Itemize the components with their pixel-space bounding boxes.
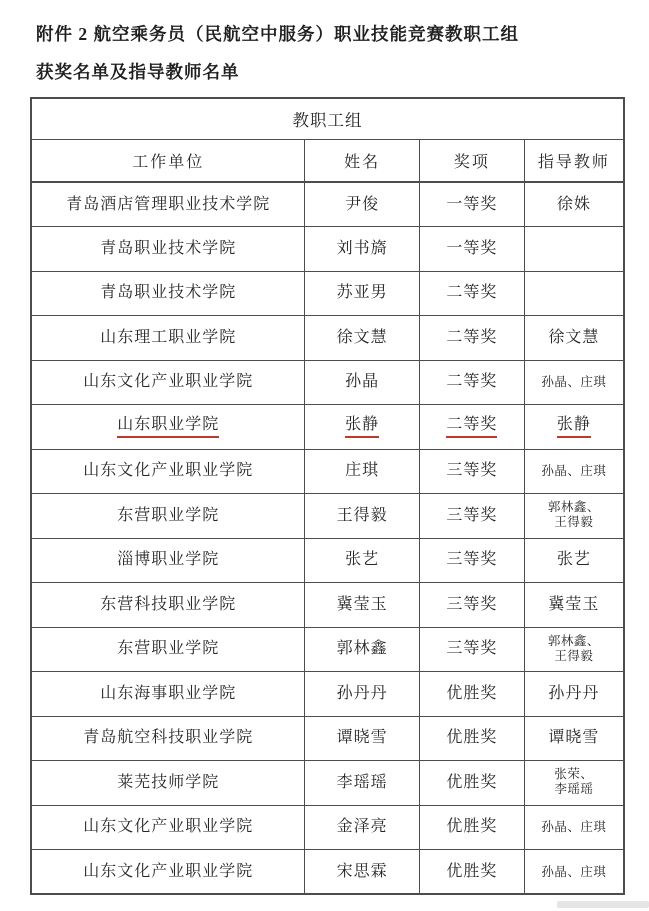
instructor-text: 张艺 bbox=[557, 550, 591, 570]
name-cell: 冀莹玉 bbox=[305, 583, 419, 628]
award-text: 优胜奖 bbox=[446, 817, 497, 837]
instructor-text: 郭林鑫、 王得毅 bbox=[548, 634, 600, 664]
name-text: 李瑶瑶 bbox=[337, 773, 388, 793]
name-text: 刘书旖 bbox=[337, 239, 388, 259]
table-row: 东营职业学院 王得毅 三等奖 郭林鑫、 王得毅 bbox=[31, 494, 624, 539]
name-text: 尹俊 bbox=[345, 195, 379, 215]
table-body: 教职工组 工作单位 姓名 奖项 指导教师 青岛酒店管理职业技术学院 尹俊 一等奖… bbox=[31, 98, 624, 894]
unit-text: 淄博职业学院 bbox=[117, 550, 219, 570]
instructor-text: 冀莹玉 bbox=[548, 595, 599, 615]
unit-cell: 青岛职业技术学院 bbox=[31, 271, 305, 316]
unit-cell: 山东文化产业职业学院 bbox=[31, 850, 305, 895]
col-header-instructor: 指导教师 bbox=[524, 139, 624, 182]
unit-cell: 莱芜技师学院 bbox=[31, 761, 305, 806]
unit-cell: 东营科技职业学院 bbox=[31, 583, 305, 628]
award-text: 二等奖 bbox=[446, 328, 497, 348]
table-row: 青岛酒店管理职业技术学院 尹俊 一等奖 徐姝 bbox=[31, 182, 624, 227]
unit-cell: 青岛酒店管理职业技术学院 bbox=[31, 182, 305, 227]
name-cell: 金泽亮 bbox=[305, 805, 419, 850]
award-text: 三等奖 bbox=[446, 595, 497, 615]
award-cell: 二等奖 bbox=[419, 360, 524, 405]
column-header-row: 工作单位 姓名 奖项 指导教师 bbox=[31, 139, 624, 182]
award-cell: 三等奖 bbox=[419, 538, 524, 583]
col-header-name: 姓名 bbox=[305, 139, 419, 182]
award-text: 优胜奖 bbox=[446, 684, 497, 704]
name-cell: 徐文慧 bbox=[305, 316, 419, 361]
instructor-cell bbox=[524, 227, 624, 272]
table-row: 淄博职业学院 张艺 三等奖 张艺 bbox=[31, 538, 624, 583]
table-row: 青岛职业技术学院 刘书旖 一等奖 bbox=[31, 227, 624, 272]
title-line-1: 附件 2 航空乘务员（民航空中服务）职业技能竞赛教职工组 bbox=[36, 15, 616, 53]
unit-cell: 山东文化产业职业学院 bbox=[31, 805, 305, 850]
award-cell: 二等奖 bbox=[419, 405, 524, 450]
instructor-cell: 孙晶、庄琪 bbox=[524, 360, 624, 405]
table-row: 莱芜技师学院 李瑶瑶 优胜奖 张荣、 李瑶瑶 bbox=[31, 761, 624, 806]
instructor-cell: 孙晶、庄琪 bbox=[524, 850, 624, 895]
name-text: 郭林鑫 bbox=[337, 639, 388, 659]
table-row: 山东海事职业学院 孙丹丹 优胜奖 孙丹丹 bbox=[31, 672, 624, 717]
name-cell: 尹俊 bbox=[305, 182, 419, 227]
unit-text: 青岛职业技术学院 bbox=[100, 239, 236, 259]
award-cell: 优胜奖 bbox=[419, 761, 524, 806]
award-cell: 一等奖 bbox=[419, 227, 524, 272]
unit-cell: 山东文化产业职业学院 bbox=[31, 360, 305, 405]
unit-text: 山东文化产业职业学院 bbox=[83, 461, 253, 481]
table-row: 东营科技职业学院 冀莹玉 三等奖 冀莹玉 bbox=[31, 583, 624, 628]
award-text: 三等奖 bbox=[446, 639, 497, 659]
page-edge-shadow bbox=[557, 901, 649, 908]
col-header-unit: 工作单位 bbox=[31, 139, 305, 182]
instructor-cell: 谭晓雪 bbox=[524, 716, 624, 761]
name-cell: 孙丹丹 bbox=[305, 672, 419, 717]
award-cell: 一等奖 bbox=[419, 182, 524, 227]
name-cell: 宋思霖 bbox=[305, 850, 419, 895]
attachment-title: 附件 2 航空乘务员（民航空中服务）职业技能竞赛教职工组 获奖名单及指导教师名单 bbox=[36, 15, 616, 91]
name-cell: 张艺 bbox=[305, 538, 419, 583]
instructor-text: 徐姝 bbox=[557, 195, 591, 215]
unit-cell: 淄博职业学院 bbox=[31, 538, 305, 583]
unit-text: 山东海事职业学院 bbox=[100, 684, 236, 704]
unit-text: 青岛职业技术学院 bbox=[100, 283, 236, 303]
name-cell: 李瑶瑶 bbox=[305, 761, 419, 806]
group-header-row: 教职工组 bbox=[31, 98, 624, 139]
name-text: 谭晓雪 bbox=[337, 728, 388, 748]
name-text: 张静 bbox=[345, 415, 379, 438]
instructor-text: 孙晶、庄琪 bbox=[541, 464, 606, 479]
table-row: 东营职业学院 郭林鑫 三等奖 郭林鑫、 王得毅 bbox=[31, 627, 624, 672]
award-cell: 三等奖 bbox=[419, 449, 524, 494]
instructor-text: 郭林鑫、 王得毅 bbox=[548, 500, 600, 530]
instructor-text: 孙丹丹 bbox=[548, 684, 599, 704]
award-cell: 优胜奖 bbox=[419, 850, 524, 895]
award-text: 二等奖 bbox=[446, 372, 497, 392]
name-text: 王得毅 bbox=[337, 506, 388, 526]
instructor-text: 孙晶、庄琪 bbox=[541, 375, 606, 390]
award-cell: 优胜奖 bbox=[419, 672, 524, 717]
title-line-2: 获奖名单及指导教师名单 bbox=[36, 53, 616, 91]
award-cell: 三等奖 bbox=[419, 627, 524, 672]
name-text: 宋思霖 bbox=[337, 862, 388, 882]
instructor-text: 谭晓雪 bbox=[548, 728, 599, 748]
instructor-cell: 孙丹丹 bbox=[524, 672, 624, 717]
unit-cell: 青岛职业技术学院 bbox=[31, 227, 305, 272]
unit-cell: 山东职业学院 bbox=[31, 405, 305, 450]
unit-cell: 山东海事职业学院 bbox=[31, 672, 305, 717]
unit-text: 莱芜技师学院 bbox=[117, 773, 219, 793]
name-cell: 郭林鑫 bbox=[305, 627, 419, 672]
instructor-cell: 郭林鑫、 王得毅 bbox=[524, 494, 624, 539]
name-text: 苏亚男 bbox=[337, 283, 388, 303]
award-text: 三等奖 bbox=[446, 461, 497, 481]
table-row: 青岛职业技术学院 苏亚男 二等奖 bbox=[31, 271, 624, 316]
unit-cell: 山东理工职业学院 bbox=[31, 316, 305, 361]
name-text: 徐文慧 bbox=[337, 328, 388, 348]
award-cell: 三等奖 bbox=[419, 494, 524, 539]
name-text: 孙丹丹 bbox=[337, 684, 388, 704]
table-row: 山东职业学院 张静 二等奖 张静 bbox=[31, 405, 624, 450]
name-text: 庄琪 bbox=[345, 461, 379, 481]
award-text: 一等奖 bbox=[446, 239, 497, 259]
table-row: 山东文化产业职业学院 宋思霖 优胜奖 孙晶、庄琪 bbox=[31, 850, 624, 895]
award-cell: 二等奖 bbox=[419, 316, 524, 361]
table-row: 山东理工职业学院 徐文慧 二等奖 徐文慧 bbox=[31, 316, 624, 361]
unit-text: 山东理工职业学院 bbox=[100, 328, 236, 348]
table-row: 青岛航空科技职业学院 谭晓雪 优胜奖 谭晓雪 bbox=[31, 716, 624, 761]
instructor-cell: 冀莹玉 bbox=[524, 583, 624, 628]
award-text: 优胜奖 bbox=[446, 773, 497, 793]
award-cell: 二等奖 bbox=[419, 271, 524, 316]
unit-cell: 东营职业学院 bbox=[31, 627, 305, 672]
name-text: 孙晶 bbox=[345, 372, 379, 392]
table-row: 山东文化产业职业学院 金泽亮 优胜奖 孙晶、庄琪 bbox=[31, 805, 624, 850]
table-row: 山东文化产业职业学院 孙晶 二等奖 孙晶、庄琪 bbox=[31, 360, 624, 405]
unit-cell: 青岛航空科技职业学院 bbox=[31, 716, 305, 761]
instructor-text: 孙晶、庄琪 bbox=[541, 820, 606, 835]
name-cell: 谭晓雪 bbox=[305, 716, 419, 761]
award-text: 一等奖 bbox=[446, 195, 497, 215]
instructor-cell: 张静 bbox=[524, 405, 624, 450]
unit-cell: 山东文化产业职业学院 bbox=[31, 449, 305, 494]
award-text: 优胜奖 bbox=[446, 728, 497, 748]
name-cell: 庄琪 bbox=[305, 449, 419, 494]
award-cell: 优胜奖 bbox=[419, 716, 524, 761]
award-text: 二等奖 bbox=[446, 415, 497, 438]
instructor-cell: 徐姝 bbox=[524, 182, 624, 227]
name-cell: 苏亚男 bbox=[305, 271, 419, 316]
award-text: 三等奖 bbox=[446, 550, 497, 570]
unit-text: 山东文化产业职业学院 bbox=[83, 817, 253, 837]
instructor-cell: 张荣、 李瑶瑶 bbox=[524, 761, 624, 806]
award-table: 教职工组 工作单位 姓名 奖项 指导教师 青岛酒店管理职业技术学院 尹俊 一等奖… bbox=[30, 97, 625, 895]
name-cell: 孙晶 bbox=[305, 360, 419, 405]
award-text: 二等奖 bbox=[446, 283, 497, 303]
unit-cell: 东营职业学院 bbox=[31, 494, 305, 539]
award-text: 三等奖 bbox=[446, 506, 497, 526]
instructor-text: 张静 bbox=[557, 415, 591, 438]
unit-text: 山东文化产业职业学院 bbox=[83, 372, 253, 392]
name-text: 冀莹玉 bbox=[337, 595, 388, 615]
unit-text: 东营职业学院 bbox=[117, 639, 219, 659]
table-row: 山东文化产业职业学院 庄琪 三等奖 孙晶、庄琪 bbox=[31, 449, 624, 494]
name-cell: 张静 bbox=[305, 405, 419, 450]
instructor-cell: 徐文慧 bbox=[524, 316, 624, 361]
award-cell: 优胜奖 bbox=[419, 805, 524, 850]
name-cell: 王得毅 bbox=[305, 494, 419, 539]
name-text: 金泽亮 bbox=[337, 817, 388, 837]
unit-text: 东营科技职业学院 bbox=[100, 595, 236, 615]
col-header-award: 奖项 bbox=[419, 139, 524, 182]
instructor-cell bbox=[524, 271, 624, 316]
instructor-text: 徐文慧 bbox=[548, 328, 599, 348]
instructor-text: 孙晶、庄琪 bbox=[541, 865, 606, 880]
instructor-cell: 张艺 bbox=[524, 538, 624, 583]
award-cell: 三等奖 bbox=[419, 583, 524, 628]
document-page: 附件 2 航空乘务员（民航空中服务）职业技能竞赛教职工组 获奖名单及指导教师名单… bbox=[0, 0, 649, 911]
unit-text: 青岛酒店管理职业技术学院 bbox=[66, 195, 270, 215]
award-text: 优胜奖 bbox=[446, 862, 497, 882]
name-cell: 刘书旖 bbox=[305, 227, 419, 272]
group-title-cell: 教职工组 bbox=[31, 98, 624, 139]
name-text: 张艺 bbox=[345, 550, 379, 570]
unit-text: 青岛航空科技职业学院 bbox=[83, 728, 253, 748]
unit-text: 山东文化产业职业学院 bbox=[83, 862, 253, 882]
instructor-text: 张荣、 李瑶瑶 bbox=[554, 767, 593, 797]
unit-text: 东营职业学院 bbox=[117, 506, 219, 526]
unit-text: 山东职业学院 bbox=[117, 415, 219, 438]
instructor-cell: 孙晶、庄琪 bbox=[524, 449, 624, 494]
instructor-cell: 孙晶、庄琪 bbox=[524, 805, 624, 850]
instructor-cell: 郭林鑫、 王得毅 bbox=[524, 627, 624, 672]
